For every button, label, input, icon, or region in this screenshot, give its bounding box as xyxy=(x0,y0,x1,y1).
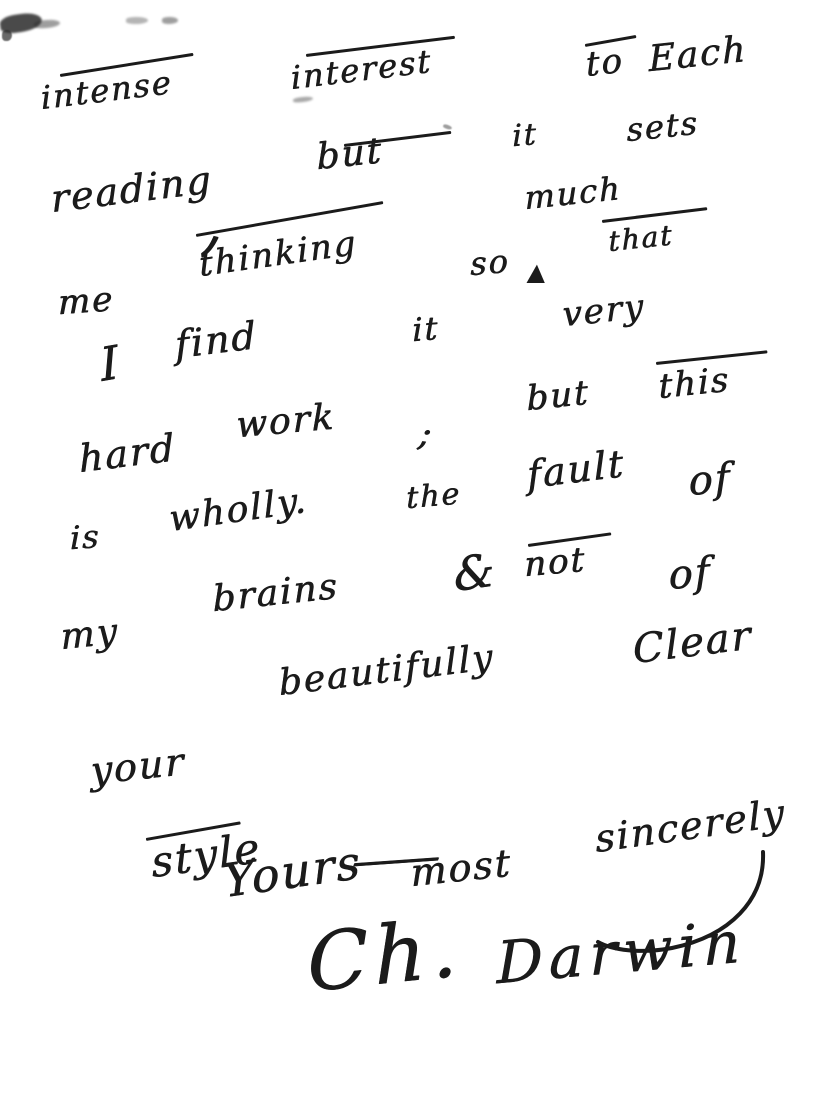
word-my: my xyxy=(60,614,119,656)
word-much: much xyxy=(524,172,622,214)
signature-initials: Ch. xyxy=(306,908,464,1004)
word-of: of xyxy=(668,552,712,597)
letter-page: intenseinteresttoEachreading,butitsetsme… xyxy=(0,0,825,1108)
inserted-word: that xyxy=(608,221,674,256)
word-not: not xyxy=(524,543,586,582)
word-it: it xyxy=(412,312,440,346)
word-interest: interest xyxy=(290,45,433,94)
word-so: so xyxy=(470,245,510,281)
word-i: I xyxy=(98,338,123,387)
insertion-caret: ▲ xyxy=(526,260,548,284)
word-most: most xyxy=(410,843,512,892)
word-the: the xyxy=(406,479,461,514)
handwriting-layer: intenseinteresttoEachreading,butitsetsme… xyxy=(0,0,825,1108)
word-work: work xyxy=(236,399,336,444)
word-mark: ; xyxy=(416,416,436,453)
word-clear: Clear xyxy=(632,615,753,670)
word-&: & xyxy=(452,546,498,598)
word-it: it xyxy=(512,120,538,152)
word-each: Each xyxy=(648,32,748,78)
word-beautifully: beautifully xyxy=(278,640,495,702)
word-very: very xyxy=(562,289,646,332)
word-your: your xyxy=(90,742,186,790)
word-but: but xyxy=(526,375,590,416)
word-find: find xyxy=(174,316,258,364)
word-sets: sets xyxy=(626,106,699,146)
word-reading: reading xyxy=(50,160,213,218)
signature-surname: Darwin xyxy=(496,912,746,992)
word-to: to xyxy=(585,43,625,82)
word-is: is xyxy=(70,520,101,554)
word-of: of xyxy=(688,458,732,503)
word-this: this xyxy=(658,362,731,404)
word-brains: brains xyxy=(212,569,339,618)
word-wholly: wholly. xyxy=(168,483,309,538)
word-fault: fault xyxy=(526,444,626,494)
word-hard: hard xyxy=(78,428,177,478)
word-sincerely: sincerely xyxy=(594,793,787,858)
word-me: me xyxy=(58,282,114,320)
